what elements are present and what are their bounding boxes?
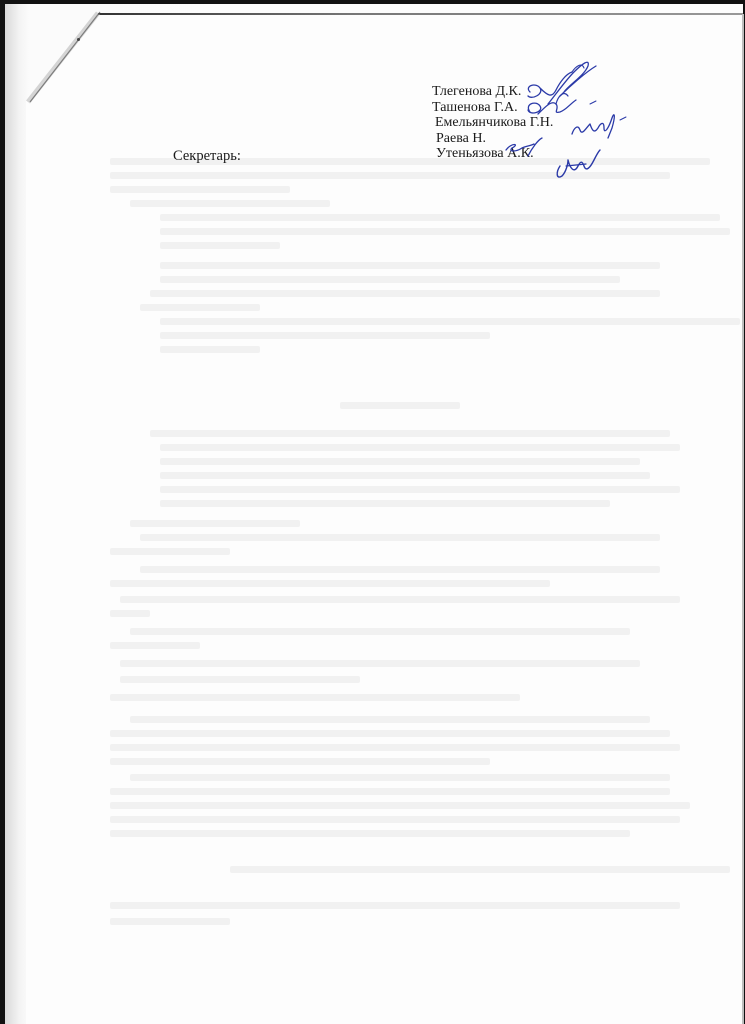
signatory-name: Емельянчикова Г.Н. (435, 115, 553, 131)
paper-sheet (26, 14, 743, 1024)
signatory-name: Ташенова Г.А. (432, 100, 550, 116)
signatory-name: Тлегенова Д.К. (432, 84, 550, 100)
secretary-label: Секретарь: (173, 148, 241, 165)
signatory-name: Раева Н. (436, 131, 554, 147)
signatory-name: Утеньязова А.К. (436, 146, 554, 162)
signatory-list: Тлегенова Д.К. Ташенова Г.А. Емельянчико… (432, 84, 550, 162)
scan-speck (77, 38, 80, 41)
paper-top-edge (98, 13, 743, 15)
paper-right-edge (742, 14, 744, 1024)
